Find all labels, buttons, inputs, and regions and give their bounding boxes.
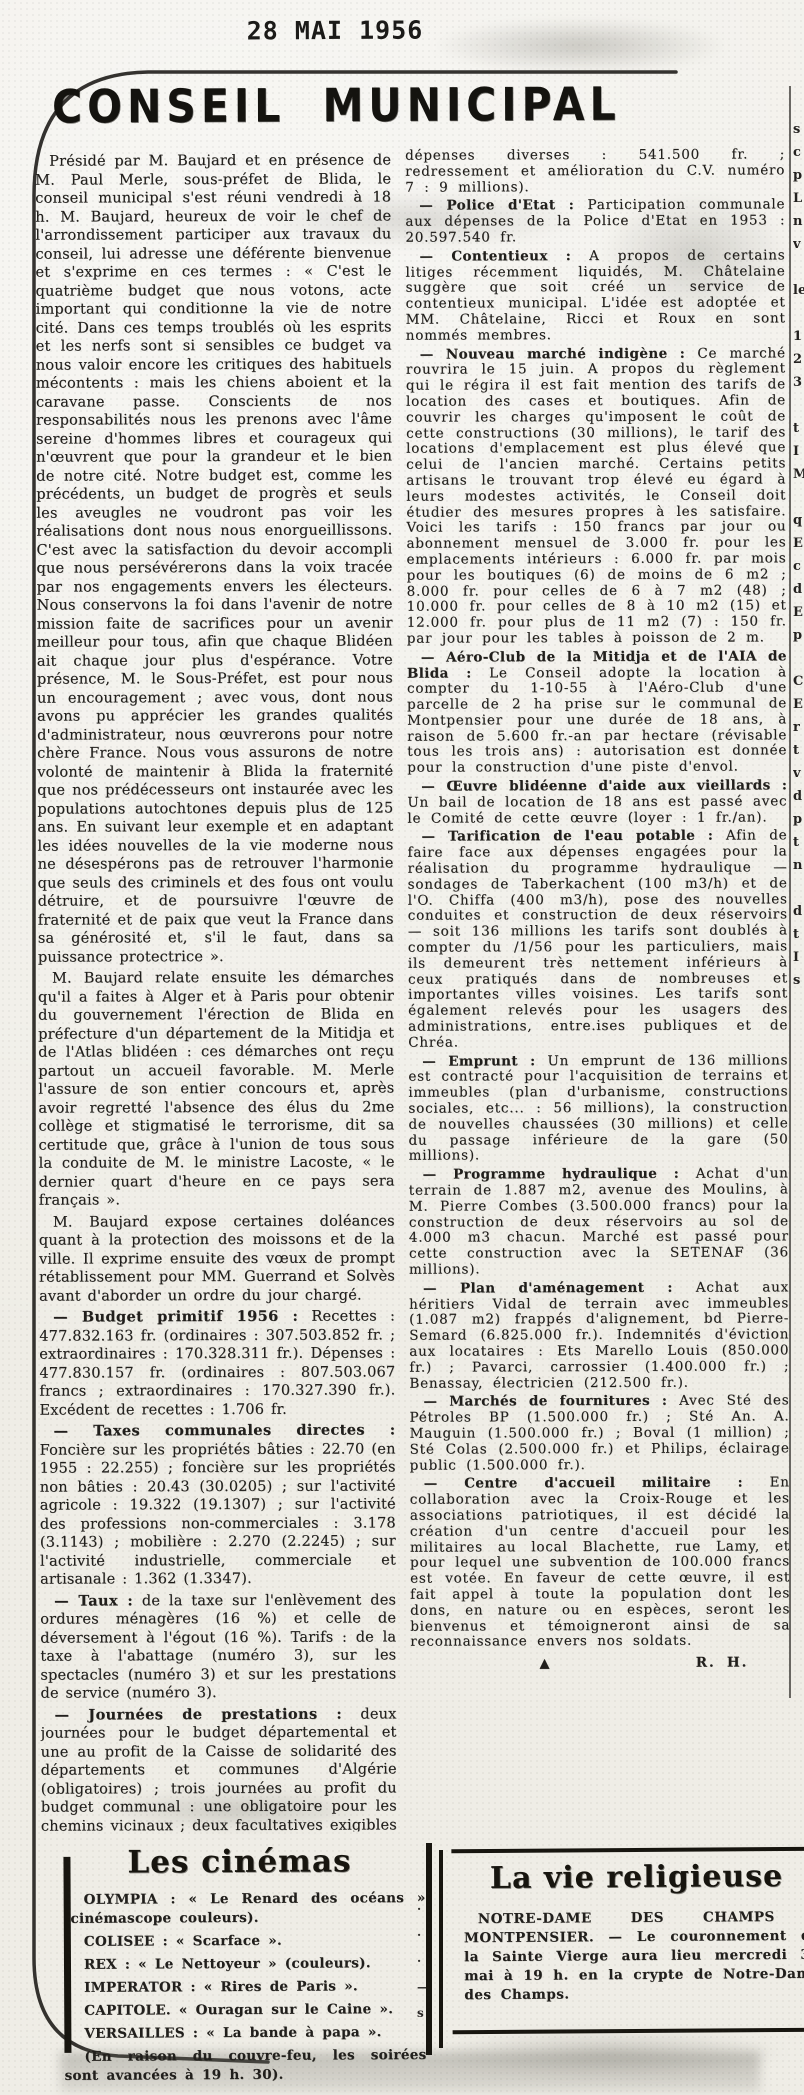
article-paragraph: — Œuvre blidéenne d'aide aux vieillards … (407, 778, 787, 827)
paragraph-text: Un emprunt de 136 millions est contracté… (408, 1052, 788, 1164)
article-paragraph: — Budget primitif 1956 : Recettes : 477.… (39, 1307, 395, 1419)
date-stamp: 28 MAI 1956 (225, 15, 445, 45)
article-signature-row: ▲ R. H. (410, 1655, 790, 1672)
article-paragraph: — Aéro-Club de la Mitidja et de l'AIA de… (407, 649, 787, 777)
article-paragraph: — Taux : de la taxe sur l'enlèvement des… (40, 1591, 396, 1703)
paragraph-lead: — Contentieux : (419, 248, 571, 265)
religion-paragraph: NOTRE-DAME DES CHAMPS - MONTPENSIER. — L… (464, 1907, 804, 2004)
cinema-listing: (En raison du couvre-feu, les soirées so… (64, 2046, 426, 2086)
paragraph-text: Un bail de location de 18 ans est passé … (407, 793, 787, 826)
paragraph-text: M. Baujard expose certaines doléances qu… (39, 1213, 395, 1304)
cinemas-title: Les cinémas (83, 1843, 395, 1881)
paragraph-text: Achat d'un terrain de 1.887 m2, avenue d… (409, 1166, 789, 1278)
section-divider-rule (426, 1843, 432, 2055)
article-paragraph: — Programme hydraulique : Achat d'un ter… (409, 1167, 789, 1279)
paragraph-lead: — Tarification de l'eau potable : (421, 828, 713, 845)
article-paragraph: dépenses diverses : 541.500 fr. ; redres… (405, 147, 785, 196)
cinema-listing: OLYMPIA : « Le Renard des océans » (ciné… (64, 1889, 426, 1929)
article-column-left: Présidé par M. Baujard et en présence de… (35, 151, 397, 1832)
cinema-listing: CAPITOLE. « Ouragan sur le Caine ». (64, 2000, 426, 2021)
article-headline: CONSEIL MUNICIPAL (52, 77, 592, 133)
paragraph-lead: — Emprunt : (422, 1053, 535, 1069)
article-paragraph: — Nouveau marché indigène : Ce marché ro… (406, 346, 787, 647)
article-column-right: dépenses diverses : 541.500 fr. ; redres… (405, 147, 791, 1828)
paragraph-lead: — Marchés de fournitures : (423, 1393, 667, 1410)
article-paragraph: — Plan d'aménagement : Achat aux héritie… (409, 1280, 789, 1392)
article-paragraph: — Journées de prestations : deux journée… (40, 1705, 396, 1833)
cinema-listing: VERSAILLES : « La bande à papa ». (64, 2023, 426, 2044)
paragraph-text: Le Conseil adopte la location à compter … (407, 664, 787, 776)
paragraph-lead: — Plan d'aménagement : (423, 1280, 673, 1297)
paragraph-lead: — Taxes communales directes : (54, 1421, 396, 1439)
article-paragraph: — Tarification de l'eau potable : Afin d… (407, 829, 788, 1051)
article-paragraph: — Marchés de fournitures : Avec Sté des … (409, 1394, 789, 1474)
article-paragraph: M. Baujard expose certaines doléances qu… (39, 1212, 395, 1306)
paragraph-text: Ce marché rouvrira le 15 juin. A propos … (406, 345, 787, 647)
author-signature: R. H. (696, 1656, 749, 1672)
newspaper-clipping-page: 28 MAI 1956 CONSEIL MUNICIPAL Présidé pa… (0, 0, 804, 2095)
paragraph-lead: — Journées de prestations : (54, 1705, 342, 1723)
article-paragraph: — Taxes communales directes : Foncière s… (40, 1421, 397, 1589)
paragraph-lead: — Œuvre blidéenne d'aide aux vieillards … (421, 777, 787, 794)
paragraph-text: Afin de faire face aux dépenses engagées… (407, 828, 788, 1051)
paragraph-lead: — Programme hydraulique : (423, 1166, 680, 1183)
cinema-listing: IMPERATOR : « Rires de Paris ». (64, 1977, 426, 1998)
paragraph-lead: — Budget primitif 1956 : (53, 1308, 298, 1326)
paragraph-lead: — Taux : (54, 1592, 133, 1609)
paragraph-lead: — Nouveau marché indigène : (420, 345, 685, 362)
paragraph-text: deux journées pour le budget département… (41, 1706, 397, 1833)
article-paragraph: M. Baujard relate ensuite les démarches … (38, 968, 395, 1210)
article-paragraph: Présidé par M. Baujard et en présence de… (35, 151, 394, 966)
cinemas-section: Les cinémas OLYMPIA : « Le Renard des oc… (41, 1839, 426, 2090)
article-paragraph: — Police d'Etat : Participation communal… (405, 198, 785, 247)
cinema-listing: REX : « Le Nettoyeur » (couleurs). (64, 1954, 426, 1975)
article-paragraph: — Contentieux : A propos de certains lit… (405, 248, 785, 344)
paragraph-lead: — Police d'Etat : (419, 197, 574, 214)
end-mark-triangle: ▲ (540, 1656, 551, 1672)
scan-smudge (430, 2028, 790, 2078)
cinemas-side-rule (63, 1857, 71, 2053)
section-divider-rule (439, 1850, 443, 2048)
paragraph-text: dépenses diverses : 541.500 fr. ; redres… (405, 147, 785, 195)
paragraph-text: En collaboration avec la Croix-Rouge et … (410, 1475, 790, 1650)
cinema-listing: COLISEE : « Scarface ». (64, 1931, 426, 1952)
column-rule (789, 86, 791, 1698)
scan-smudge (430, 18, 730, 73)
paragraph-text: Achat aux héritiers Vidal de terrain ave… (409, 1279, 789, 1391)
paragraph-lead: — Centre d'accueil militaire : (424, 1475, 743, 1492)
religion-section: La vie religieuse NOTRE-DAME DES CHAMPS … (451, 1847, 804, 2035)
article-paragraph: — Emprunt : Un emprunt de 136 millions e… (408, 1053, 788, 1165)
cutoff-column-fragments: s c p L n v le 1 2 3 t I M q E c d E p C… (793, 118, 804, 1678)
paragraph-text: M. Baujard relate ensuite les démarches … (38, 969, 395, 1208)
religion-title: La vie religieuse (463, 1859, 804, 1896)
article-paragraph: — Centre d'accueil militaire : En collab… (410, 1476, 791, 1651)
paragraph-text: Foncière sur les propriétés bâties : 22.… (40, 1441, 396, 1588)
paragraph-text: Présidé par M. Baujard et en présence de… (35, 152, 394, 965)
